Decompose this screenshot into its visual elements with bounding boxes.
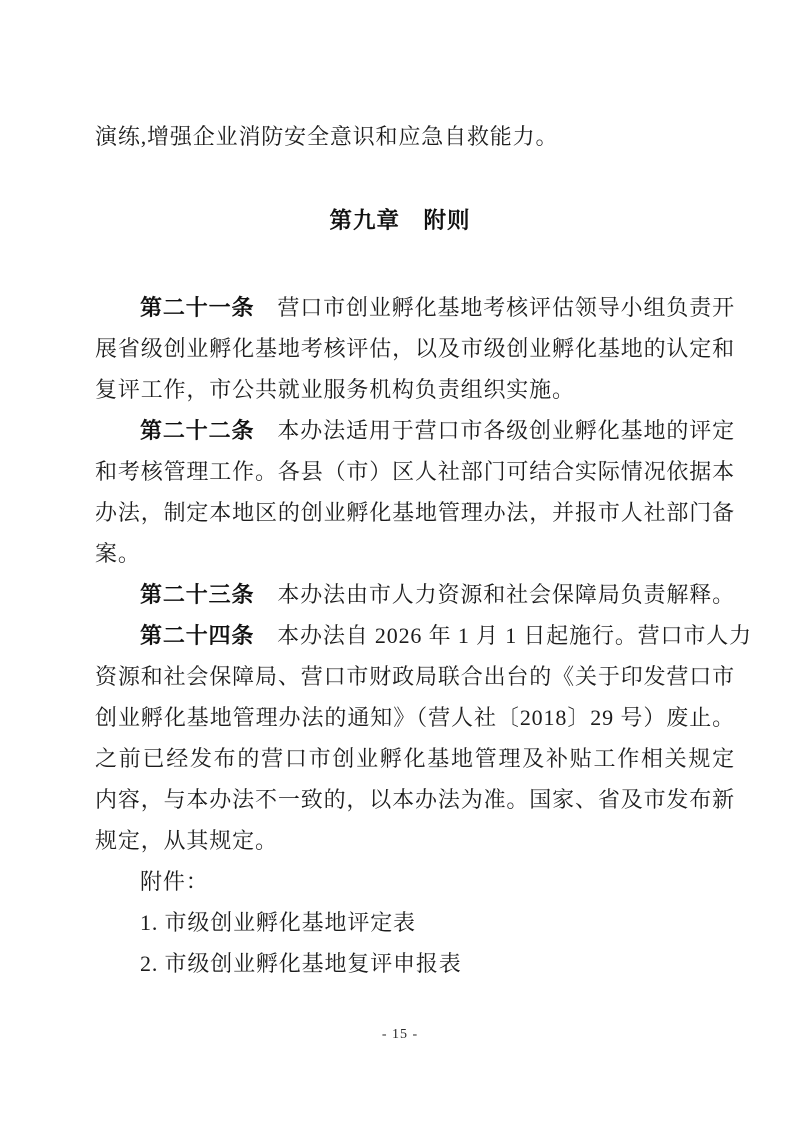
- text-line: 演练,增强企业消防安全意识和应急自救能力。: [95, 116, 735, 157]
- text-line: 内容，与本办法不一致的，以本办法为准。国家、省及市发布新: [95, 779, 735, 820]
- text-line: 1. 市级创业孵化基地评定表: [95, 902, 735, 943]
- article-number: 第九章 附则: [329, 208, 470, 233]
- text-run: 复评工作，市公共就业服务机构负责组织实施。: [95, 377, 575, 402]
- text-run: 1. 市级创业孵化基地评定表: [140, 910, 416, 935]
- text-run: 办法，制定本地区的创业孵化基地管理办法，并报市人社部门备: [95, 500, 735, 525]
- text-line: 第二十一条 营口市创业孵化基地考核评估领导小组负责开: [95, 287, 735, 328]
- chapter-heading: 第九章 附则: [95, 200, 735, 241]
- text-run: 本办法适用于营口市各级创业孵化基地的评定: [254, 418, 735, 443]
- text-line: 资源和社会保障局、营口市财政局联合出台的《关于印发营口市: [95, 656, 735, 697]
- text-run: 演练,增强企业消防安全意识和应急自救能力。: [95, 124, 558, 149]
- text-run: 案。: [95, 541, 141, 566]
- article-number: 第二十四条: [140, 623, 254, 648]
- text-run: 附件：: [140, 869, 209, 894]
- text-line: 案。: [95, 533, 735, 574]
- text-run: 和考核管理工作。各县（市）区人社部门可结合实际情况依据本: [95, 459, 735, 484]
- text-run: 展省级创业孵化基地考核评估，以及市级创业孵化基地的认定和: [95, 336, 735, 361]
- text-run: 营口市创业孵化基地考核评估领导小组负责开: [254, 295, 735, 320]
- text-run: 本办法自 2026 年 1 月 1 日起施行。营口市人力: [254, 623, 752, 648]
- text-line: 和考核管理工作。各县（市）区人社部门可结合实际情况依据本: [95, 451, 735, 492]
- text-line: 第二十二条 本办法适用于营口市各级创业孵化基地的评定: [95, 410, 735, 451]
- text-run: 2. 市级创业孵化基地复评申报表: [140, 951, 462, 976]
- article-number: 第二十三条: [140, 582, 254, 607]
- article-number: 第二十一条: [140, 295, 254, 320]
- text-run: 规定，从其规定。: [95, 828, 278, 853]
- text-line: 规定，从其规定。: [95, 820, 735, 861]
- text-run: 本办法由市人力资源和社会保障局负责解释。: [254, 582, 735, 607]
- text-line: 展省级创业孵化基地考核评估，以及市级创业孵化基地的认定和: [95, 328, 735, 369]
- text-line: 附件：: [95, 861, 735, 902]
- text-run: 创业孵化基地管理办法的通知》（营人社〔2018〕29 号）废止。: [95, 705, 735, 730]
- text-run: 之前已经发布的营口市创业孵化基地管理及补贴工作相关规定: [95, 746, 735, 771]
- page-number: - 15 -: [0, 1027, 793, 1043]
- text-line: 第二十四条 本办法自 2026 年 1 月 1 日起施行。营口市人力: [95, 615, 735, 656]
- text-run: 资源和社会保障局、营口市财政局联合出台的《关于印发营口市: [95, 664, 735, 689]
- text-line: 2. 市级创业孵化基地复评申报表: [95, 943, 735, 984]
- document-body: 演练,增强企业消防安全意识和应急自救能力。第九章 附则第二十一条 营口市创业孵化…: [95, 116, 735, 984]
- text-line: 复评工作，市公共就业服务机构负责组织实施。: [95, 369, 735, 410]
- document-page: 演练,增强企业消防安全意识和应急自救能力。第九章 附则第二十一条 营口市创业孵化…: [0, 0, 793, 1122]
- text-line: 创业孵化基地管理办法的通知》（营人社〔2018〕29 号）废止。: [95, 697, 735, 738]
- text-line: 第二十三条 本办法由市人力资源和社会保障局负责解释。: [95, 574, 735, 615]
- article-number: 第二十二条: [140, 418, 254, 443]
- text-line: 之前已经发布的营口市创业孵化基地管理及补贴工作相关规定: [95, 738, 735, 779]
- text-line: 办法，制定本地区的创业孵化基地管理办法，并报市人社部门备: [95, 492, 735, 533]
- text-run: 内容，与本办法不一致的，以本办法为准。国家、省及市发布新: [95, 787, 735, 812]
